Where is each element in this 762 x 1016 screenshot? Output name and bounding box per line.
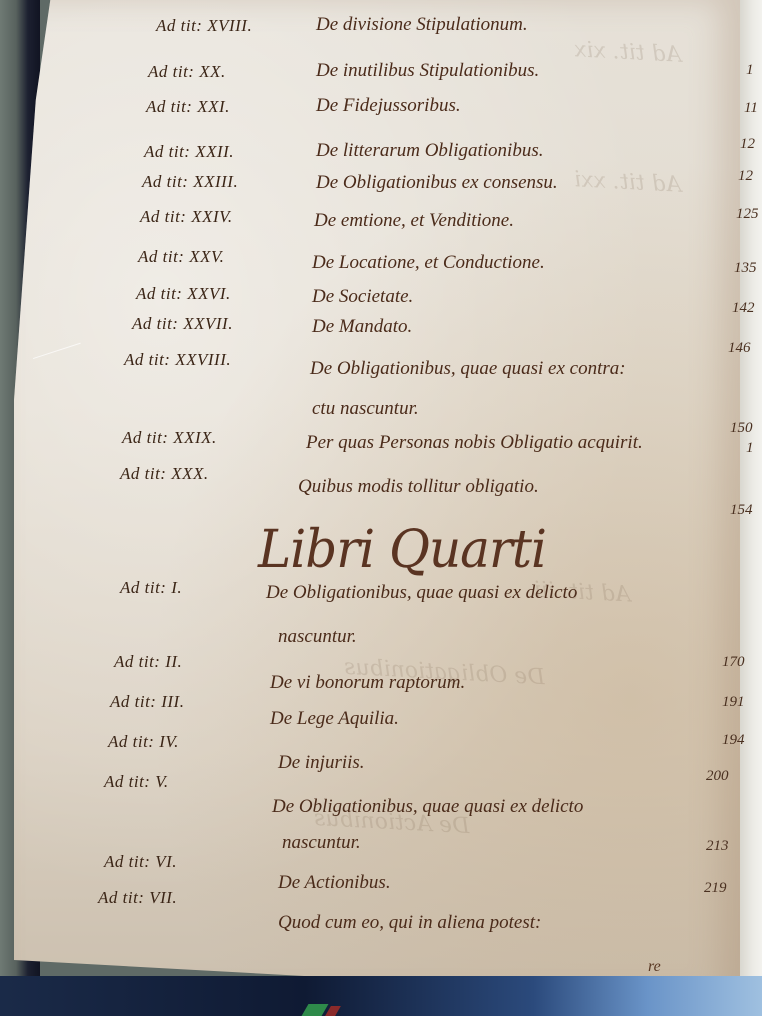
- section-heading: Libri Quarti: [258, 519, 546, 580]
- title-label: Ad tit: XXII.: [144, 142, 234, 161]
- title-label: Ad tit: II.: [114, 652, 182, 671]
- bleed-through-text: Ad tit. xix: [573, 37, 682, 68]
- entry-title: De Actionibus.: [278, 872, 391, 893]
- title-label: Ad tit: IV.: [108, 732, 179, 751]
- entry-title: De Obligationibus, quae quasi ex contra:: [310, 358, 626, 379]
- page-number: 11: [744, 100, 758, 117]
- catchword: re: [648, 958, 661, 976]
- entry-title-continuation: nascuntur.: [282, 832, 361, 853]
- title-label: Ad tit: XVIII.: [156, 16, 252, 35]
- page-number: 125: [736, 206, 759, 223]
- paper-crease: [33, 343, 85, 373]
- bleed-through-text: Ad tit. xxi: [573, 167, 682, 198]
- page-number: 12: [740, 136, 755, 153]
- page-number: 194: [722, 732, 745, 749]
- title-label: Ad tit: XX.: [148, 62, 226, 81]
- page-number: 142: [732, 300, 755, 317]
- entry-title: De vi bonorum raptorum.: [270, 672, 465, 693]
- cloth-stripe-red: [325, 1006, 341, 1016]
- entry-title: Quod cum eo, qui in aliena potest:: [278, 912, 541, 933]
- entry-title: De Societate.: [312, 286, 413, 307]
- entry-title-continuation: nascuntur.: [278, 626, 357, 647]
- title-label: Ad tit: XXVIII.: [124, 350, 231, 369]
- title-label: Ad tit: XXV.: [138, 247, 224, 266]
- index-entry: Ad tit: XVIII.: [156, 16, 252, 36]
- entry-title: De inutilibus Stipulationibus.: [316, 60, 539, 81]
- title-label: Ad tit: XXI.: [146, 97, 230, 116]
- page-number: 200: [706, 768, 729, 785]
- backdrop-cloth: [0, 976, 762, 1016]
- page-number: 135: [734, 260, 757, 277]
- page-number: 154: [730, 502, 753, 519]
- entry-title: Quibus modis tollitur obligatio.: [298, 476, 539, 497]
- title-label: Ad tit: XXVII.: [132, 314, 233, 333]
- page-number: 1: [746, 62, 754, 79]
- title-label: Ad tit: XXVI.: [136, 284, 231, 303]
- index-entry-title: De divisione Stipulationum.: [316, 14, 528, 36]
- entry-title: De Lege Aquilia.: [270, 708, 399, 729]
- entry-title: De litterarum Obligationibus.: [316, 140, 543, 161]
- entry-title: De Fidejussoribus.: [316, 95, 461, 116]
- page-number: 170: [722, 654, 745, 671]
- entry-title-continuation: ctu nascuntur.: [312, 398, 419, 419]
- title-label: Ad tit: III.: [110, 692, 184, 711]
- entry-title: Per quas Personas nobis Obligatio acquir…: [306, 432, 643, 453]
- title-label: Ad tit: VII.: [98, 888, 177, 907]
- title-label: Ad tit: I.: [120, 578, 182, 597]
- entry-title: De injuriis.: [278, 752, 365, 773]
- page-number: 219: [704, 880, 727, 897]
- entry-title: De Obligationibus ex consensu.: [316, 172, 558, 193]
- title-label: Ad tit: V.: [104, 772, 169, 791]
- page-number: 12: [738, 168, 753, 185]
- entry-title: De Obligationibus, quae quasi ex delicto: [272, 796, 583, 817]
- entry-title: De divisione Stipulationum.: [316, 14, 528, 35]
- entry-title: De Mandato.: [312, 316, 412, 337]
- entry-title: De Obligationibus, quae quasi ex delicto: [266, 582, 577, 603]
- title-label: Ad tit: VI.: [104, 852, 177, 871]
- page-number: 213: [706, 838, 729, 855]
- title-label: Ad tit: XXIII.: [142, 172, 238, 191]
- page-number: 1: [746, 440, 754, 457]
- cloth-stripe-green: [302, 1004, 329, 1016]
- entry-title: De Locatione, et Conductione.: [312, 252, 545, 273]
- title-label: Ad tit: XXIV.: [140, 207, 233, 226]
- title-label: Ad tit: XXIX.: [122, 428, 217, 447]
- title-label: Ad tit: XXX.: [120, 464, 209, 483]
- entry-title: De emtione, et Venditione.: [314, 210, 514, 231]
- page-number: 146: [728, 340, 751, 357]
- page-number: 150: [730, 420, 753, 437]
- page-number: 191: [722, 694, 745, 711]
